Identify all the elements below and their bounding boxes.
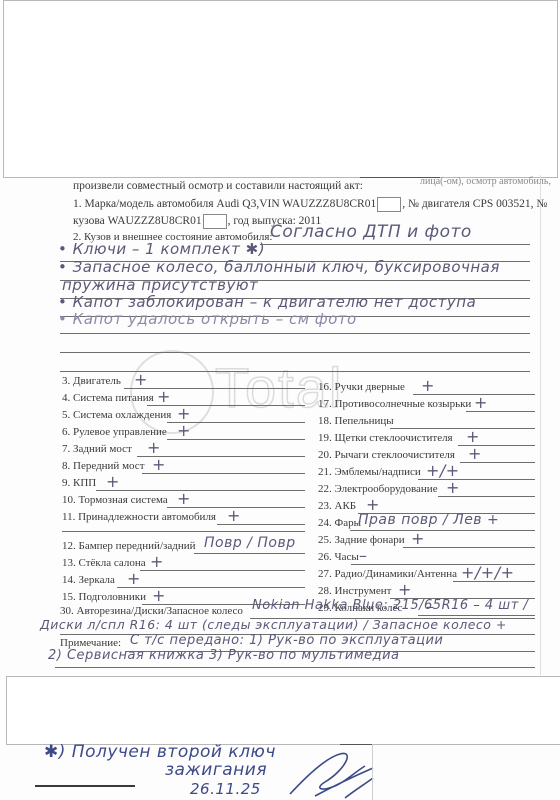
checklist-item-rule: [142, 473, 305, 474]
item30-wheels: Диски л/спл R16: 4 шт (следы эксплуатаци…: [40, 617, 507, 632]
checklist-item-mark: +: [157, 387, 171, 406]
rule: [60, 352, 530, 353]
checklist-item-mark: +: [446, 478, 460, 497]
footer-second-key-note: ✱) Получен второй ключ: [44, 742, 276, 762]
checklist-item-label: 19. Щетки стеклоочистителя: [318, 432, 453, 444]
checklist-item-mark: +: [152, 586, 166, 605]
rule: [62, 531, 305, 532]
rule: [55, 667, 535, 668]
footer-redaction: [6, 676, 560, 745]
note-keys: • Ключи – 1 комплект ✱): [58, 240, 265, 258]
checklist-item-mark: +/+/+: [461, 563, 515, 582]
note-handwritten-1: С т/с передано: 1) Рук-во по эксплуатаци…: [130, 633, 443, 648]
checklist-item-label: 25. Задние фонари: [318, 534, 405, 546]
footer-ignition: зажигания: [165, 760, 267, 780]
checklist-item-mark: –: [359, 546, 368, 565]
checklist-item-label: 11. Принадлежности автомобиля: [62, 511, 216, 523]
checklist-item-mark: +: [177, 421, 191, 440]
note-handwritten-2: 2) Сервисная книжка 3) Рук-во по мультим…: [48, 648, 400, 663]
rule: [60, 333, 530, 334]
checklist-item-label: 18. Пепельницы: [318, 415, 394, 427]
checklist-item-mark: +: [152, 455, 166, 474]
checklist-item-mark: +: [474, 393, 488, 412]
item30-tires: Nokian Hakka Blue: 215/65R16 – 4 шт /: [252, 598, 528, 613]
checklist-item-label: 5. Система охлаждения: [62, 409, 171, 421]
intro-line1: произвели совместный осмотр и составили …: [73, 180, 363, 192]
checklist-item-label: 12. Бампер передний/задний: [62, 540, 195, 552]
checklist-item-rule: [124, 388, 305, 389]
checklist-item-label: 20. Рычаги стеклоочистителя: [318, 449, 455, 461]
checklist-item-label: 26. Часы: [318, 551, 359, 563]
checklist-item-label: 9. КПП: [62, 477, 96, 489]
note-spare: • Запасное колесо, баллонный ключ, букси…: [58, 258, 500, 276]
vehicle-make-vin: 1. Марка/модель автомобиля Audi Q3,VIN W…: [73, 198, 376, 210]
scan-crop-edge: [372, 744, 373, 800]
engine-number: , № двигателя CPS 003521, №: [402, 198, 547, 210]
checklist-item-mark: +: [468, 444, 482, 463]
checklist-item-rule: [96, 490, 305, 491]
note-spare-cont: пружина присутствуют: [62, 276, 258, 294]
checklist-item-label: 21. Эмблемы/надписи: [318, 466, 421, 478]
checklist-item-rule: [350, 530, 535, 531]
intro-line0-rule: [360, 177, 440, 178]
checklist-item-mark: +: [177, 489, 191, 508]
checklist-item-mark: Прав повр / Лев +: [358, 512, 499, 528]
rule: [60, 371, 530, 372]
item30-label: 30. Авторезина/Диски/Запасное колесо: [60, 605, 243, 617]
body-condition-handwritten: Согласно ДТП и фото: [270, 222, 472, 242]
checklist-item-label: 10. Тормозная система: [62, 494, 168, 506]
checklist-item-label: 16. Ручки дверные: [318, 381, 405, 393]
checklist-item-label: 14. Зеркала: [62, 574, 115, 586]
checklist-item-label: 6. Рулевое управление: [62, 426, 167, 438]
checklist-item-label: 22. Электрооборудование: [318, 483, 438, 495]
checklist-item-label: 28. Инструмент: [318, 585, 391, 597]
checklist-item-rule: [418, 615, 535, 616]
rule: [260, 244, 530, 245]
note-hood-opened: • Капот удалось открыть – см фото: [58, 310, 357, 328]
checklist-item-label: 17. Противосолнечные козырьки: [318, 398, 471, 410]
checklist-item-mark: +: [134, 370, 148, 389]
checklist-item-mark: +: [106, 472, 120, 491]
checklist-item-mark: +: [150, 552, 164, 571]
checklist-item-mark: +: [421, 376, 435, 395]
note-hood-locked: • Капот заблокирован – к двигателю нет д…: [58, 293, 476, 311]
body-number: кузова WAUZZZ8U8CR01: [73, 215, 202, 227]
checklist-item-label: 4. Система питания: [62, 392, 154, 404]
checklist-item-label: 8. Передний мост: [62, 460, 145, 472]
header-redaction: [3, 0, 558, 178]
rule: [340, 744, 372, 745]
signature-icon: [285, 748, 375, 800]
scanned-inspection-act: лица(-ом), осмотр автомобиль, произвели …: [0, 0, 560, 800]
checklist-item-label: 13. Стёкла салона: [62, 557, 146, 569]
checklist-item-mark: +: [411, 529, 425, 548]
checklist-item-rule: [194, 553, 305, 554]
checklist-item-label: 23. АКБ: [318, 500, 356, 512]
vehicle-line-1: 1. Марка/модель автомобиля Audi Q3,VIN W…: [73, 197, 547, 212]
checklist-item-label: 7. Задний мост: [62, 443, 132, 455]
checklist-item-mark: Повр / Повр: [204, 535, 296, 551]
checklist-item-label: 3. Двигатель: [62, 375, 121, 387]
footer-date: 26.11.25: [190, 780, 261, 798]
checklist-item-rule: [117, 587, 305, 588]
checklist-item-label: 24. Фары: [318, 517, 361, 529]
checklist-item-mark: +: [398, 580, 412, 599]
scan-edge: [540, 175, 541, 675]
checklist-item-mark: +: [127, 569, 141, 588]
checklist-item-label: 15. Подголовники: [62, 591, 146, 603]
checklist-item-rule: [390, 428, 535, 429]
checklist-item-label: 27. Радио/Динамики/Антенна: [318, 568, 457, 580]
signature-rule: [35, 785, 135, 787]
vin-redaction-box: [377, 197, 401, 212]
body-redaction-box: [203, 214, 227, 229]
checklist-item-rule: [140, 570, 305, 571]
checklist-item-mark: +: [227, 506, 241, 525]
